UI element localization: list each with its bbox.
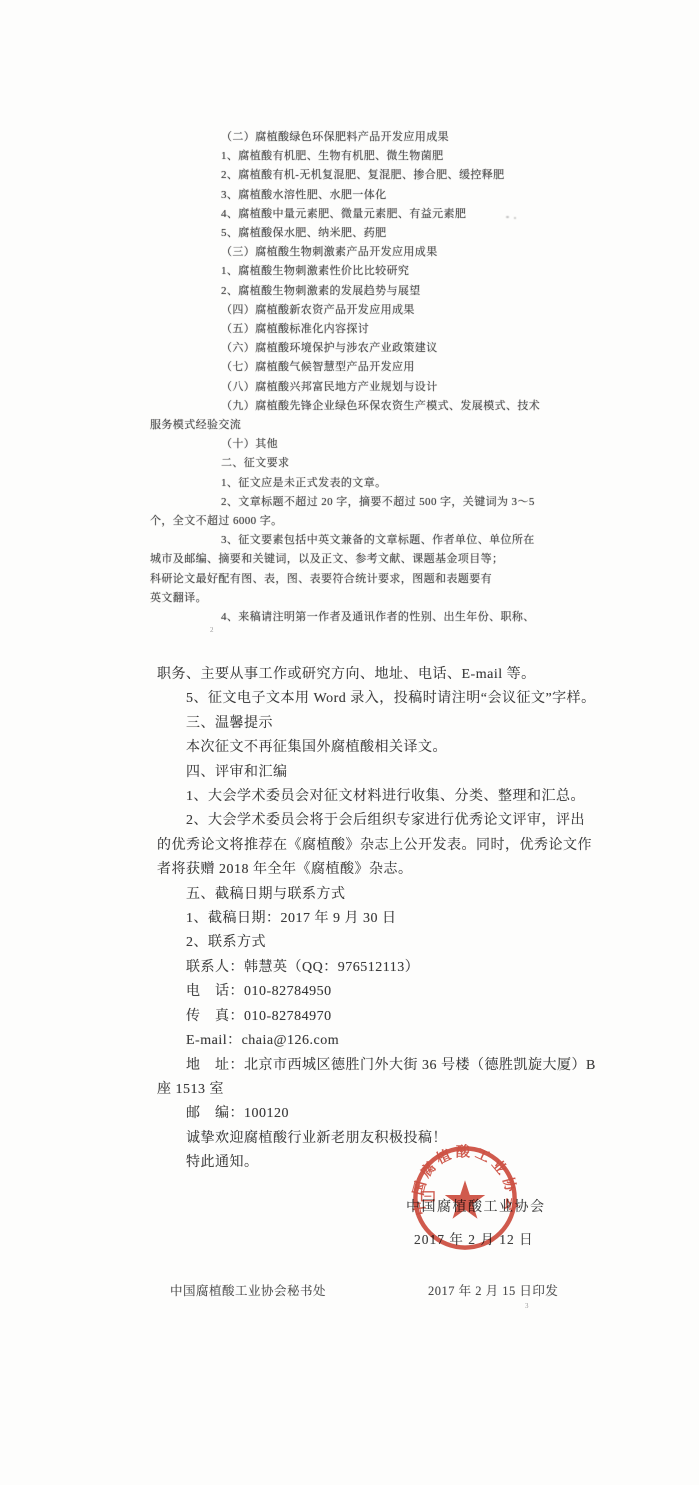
- text-line: （八）腐植酸兴邦富民地方产业规划与设计: [150, 378, 570, 397]
- text-line: 特此通知。: [157, 1151, 593, 1175]
- text-line: 职务、主要从事工作或研究方向、地址、电话、E-mail 等。: [157, 663, 593, 687]
- text-line: 三、温馨提示: [157, 712, 593, 736]
- text-line: 2、腐植酸有机-无机复混肥、复混肥、掺合肥、缓控释肥: [150, 166, 570, 185]
- text-line: 本次征文不再征集国外腐植酸相关译文。: [157, 736, 593, 760]
- text-line: （六）腐植酸环境保护与涉农产业政策建议: [150, 339, 570, 358]
- footer-print-date: 2017 年 2 月 15 日印发: [428, 1281, 558, 1299]
- text-line: 电 话：010-82784950: [157, 980, 593, 1004]
- text-line: 个，全文不超过 6000 字。: [150, 512, 570, 531]
- text-line: （四）腐植酸新农资产品开发应用成果: [150, 301, 570, 320]
- upper-scanned-text-block: （二）腐植酸绿色环保肥料产品开发应用成果1、腐植酸有机肥、生物有机肥、微生物菌肥…: [150, 128, 570, 627]
- text-line: 4、来稿请注明第一作者及通讯作者的性别、出生年份、职称、: [150, 608, 570, 627]
- text-line: 1、征文应是未正式发表的文章。: [150, 474, 570, 493]
- official-seal-stamp: 中国腐植酸工业协会: [403, 1136, 527, 1260]
- text-line: 座 1513 室: [157, 1078, 593, 1102]
- text-line: 英文翻译。: [150, 589, 570, 608]
- text-line: （七）腐植酸气候智慧型产品开发应用: [150, 358, 570, 377]
- text-line: 5、征文电子文本用 Word 录入，投稿时请注明“会议征文”字样。: [157, 687, 593, 711]
- text-line: 3、征文要素包括中英文兼备的文章标题、作者单位、单位所在: [150, 531, 570, 550]
- text-line: 地 址：北京市西城区德胜门外大街 36 号楼（德胜凯旋大厦）B: [157, 1054, 593, 1078]
- text-line: 5、腐植酸保水肥、纳米肥、药肥: [150, 224, 570, 243]
- star-icon: [445, 1180, 485, 1218]
- text-line: 城市及邮编、摘要和关键词，以及正文、参考文献、课题基金项目等；: [150, 550, 570, 569]
- text-line: 2、腐植酸生物刺激素的发展趋势与展望: [150, 282, 570, 301]
- text-line: 4、腐植酸中量元素肥、微量元素肥、有益元素肥: [150, 205, 570, 224]
- text-line: （三）腐植酸生物刺激素产品开发应用成果: [150, 243, 570, 262]
- text-line: 诚挚欢迎腐植酸行业新老朋友积极投稿！: [157, 1127, 593, 1151]
- text-line: 四、评审和汇编: [157, 761, 593, 785]
- text-line: 服务模式经验交流: [150, 416, 570, 435]
- text-line: （九）腐植酸先锋企业绿色环保农资生产模式、发展模式、技术: [150, 397, 570, 416]
- text-line: （十）其他: [150, 435, 570, 454]
- page-number-mark: 2: [210, 626, 214, 634]
- text-line: 二、征文要求: [150, 454, 570, 473]
- text-line: 3、腐植酸水溶性肥、水肥一体化: [150, 186, 570, 205]
- footer-issuing-office: 中国腐植酸工业协会秘书处: [170, 1281, 326, 1299]
- text-line: 科研论文最好配有图、表，图、表要符合统计要求，图题和表题要有: [150, 570, 570, 589]
- text-line: 联系人：韩慧英（QQ：976512113）: [157, 956, 593, 980]
- text-line: （五）腐植酸标准化内容探讨: [150, 320, 570, 339]
- text-line: 2、文章标题不超过 20 字，摘要不超过 500 字，关键词为 3～5: [150, 493, 570, 512]
- text-line: 1、腐植酸生物刺激素性价比比较研究: [150, 262, 570, 281]
- text-line: 者将获赠 2018 年全年《腐植酸》杂志。: [157, 858, 593, 882]
- text-line: 传 真：010-82784970: [157, 1005, 593, 1029]
- page-number: 3: [525, 1302, 529, 1310]
- text-line: 五、截稿日期与联系方式: [157, 883, 593, 907]
- text-line: 邮 编：100120: [157, 1102, 593, 1126]
- document-page: （二）腐植酸绿色环保肥料产品开发应用成果1、腐植酸有机肥、生物有机肥、微生物菌肥…: [0, 0, 699, 1485]
- text-line: 1、大会学术委员会对征文材料进行收集、分类、整理和汇总。: [157, 785, 593, 809]
- text-line: 2、联系方式: [157, 931, 593, 955]
- text-line: （二）腐植酸绿色环保肥料产品开发应用成果: [150, 128, 570, 147]
- main-text-block: 职务、主要从事工作或研究方向、地址、电话、E-mail 等。5、征文电子文本用 …: [157, 663, 593, 1176]
- text-line: 1、截稿日期：2017 年 9 月 30 日: [157, 907, 593, 931]
- text-line: 1、腐植酸有机肥、生物有机肥、微生物菌肥: [150, 147, 570, 166]
- text-line: 2、大会学术委员会将于会后组织专家进行优秀论文评审，评出: [157, 809, 593, 833]
- text-line: E-mail：chaia@126.com: [157, 1029, 593, 1053]
- text-line: 的优秀论文将推荐在《腐植酸》杂志上公开发表。同时，优秀论文作: [157, 834, 593, 858]
